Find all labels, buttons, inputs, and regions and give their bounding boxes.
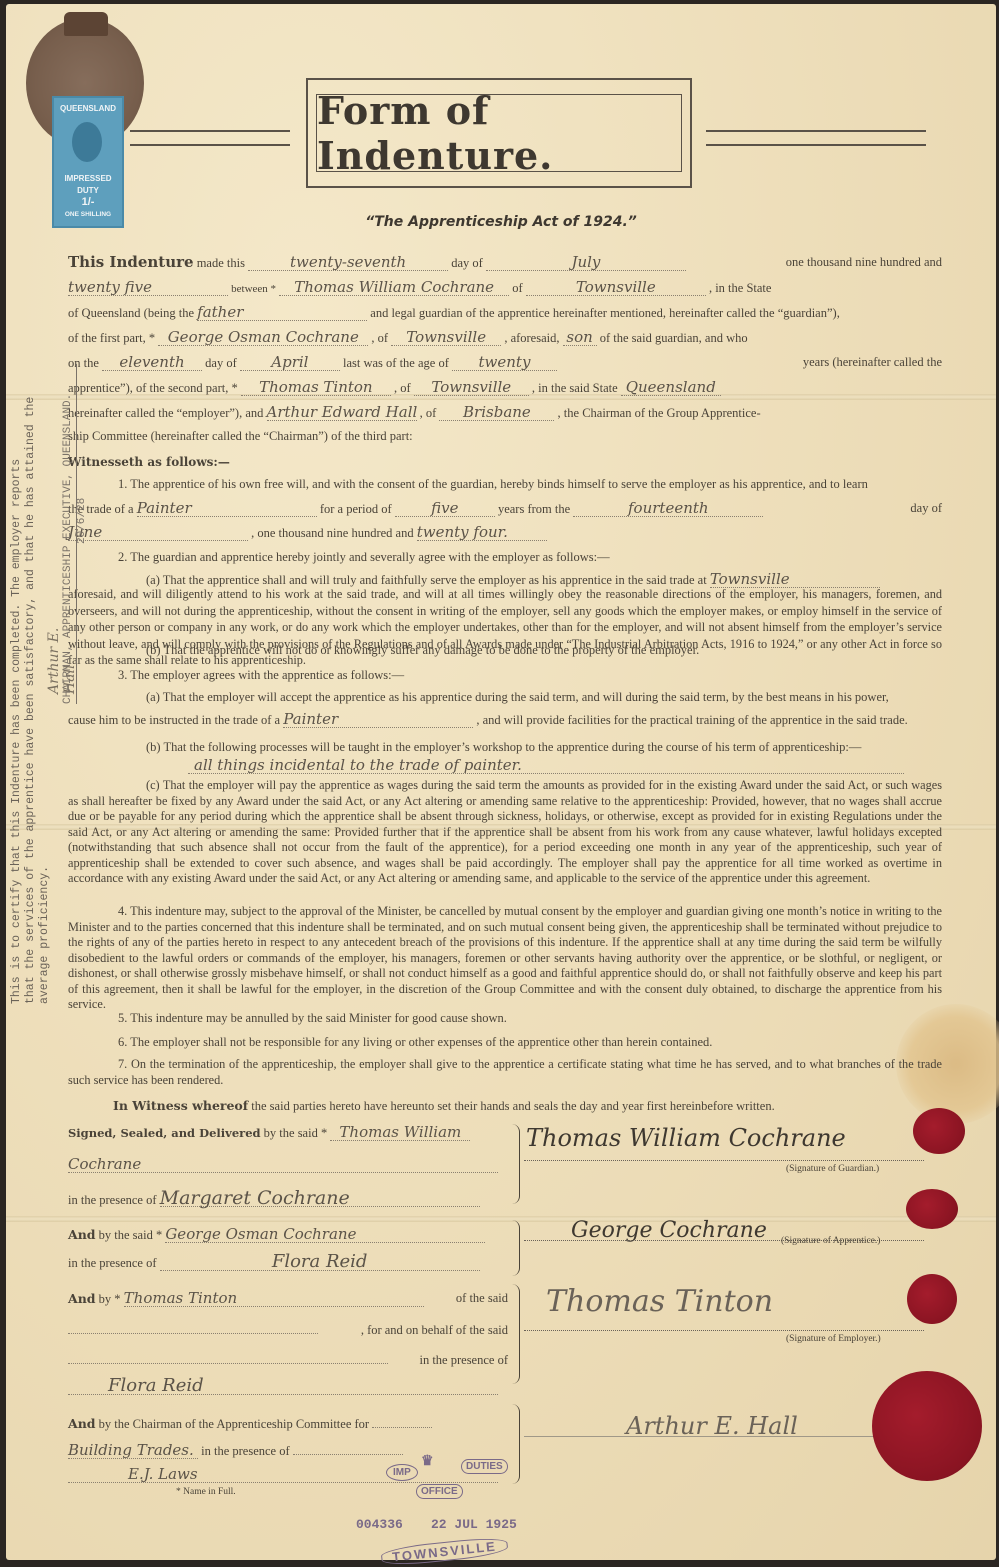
label: , of	[371, 331, 388, 345]
guardian-signature: Thomas William Cochrane	[526, 1124, 846, 1152]
imp-postmark: IMP	[386, 1464, 418, 1481]
page-title: Form of Indenture.	[317, 88, 681, 178]
label: of	[512, 281, 522, 295]
age-field: twenty	[452, 354, 557, 371]
label: apprentice”), of the second part, *	[68, 381, 238, 395]
chairman-lead-line: And by the Chairman of the Apprenticeshi…	[68, 1416, 508, 1432]
label: by *	[99, 1292, 121, 1306]
clause-1-trade-line: the trade of a Painter for a period of f…	[68, 500, 942, 517]
clause-2-intro: 2. The guardian and apprentice hereby jo…	[68, 549, 992, 565]
parties-line-3: of Queensland (being the father and lega…	[68, 304, 942, 321]
indenture-lead: This Indenture	[68, 253, 194, 271]
clause-3b-lead: (b) That the following processes will be…	[68, 739, 999, 755]
certificate-line: This is to certify that this Indenture h…	[10, 384, 24, 1004]
state-field: Queensland	[621, 379, 721, 396]
in-witness-lead: In Witness whereof	[113, 1098, 248, 1113]
chairman-name-field: Arthur Edward Hall	[267, 404, 417, 421]
signed-sealed-lead: Signed, Sealed, and Delivered	[68, 1126, 261, 1140]
signature-line	[524, 1436, 924, 1437]
chairman-place-field: Brisbane	[439, 404, 554, 421]
label: one thousand nine hundred and	[786, 254, 942, 270]
in-witness-line: In Witness whereof the said parties here…	[68, 1098, 987, 1114]
label: , the Chairman of the Group Apprentice-	[558, 406, 761, 420]
brace	[511, 1220, 520, 1276]
office-postmark: OFFICE	[416, 1484, 463, 1499]
trade-field: Painter	[137, 500, 317, 517]
label: , one thousand nine hundred and	[251, 526, 413, 540]
brace	[511, 1124, 520, 1204]
employer-signature: Thomas Tinton	[546, 1284, 773, 1319]
label: (a) That the apprentice shall and will t…	[146, 573, 707, 587]
label: , for and on behalf of the said	[361, 1322, 508, 1338]
label: of the said guardian, and who	[600, 331, 748, 345]
crown-icon: ♛	[421, 1452, 434, 1469]
start-year-field: twenty four.	[417, 524, 547, 541]
period-field: five	[395, 500, 495, 517]
wax-seal-employer	[907, 1274, 957, 1324]
label: of the first part, *	[68, 331, 155, 345]
title-ornament-line	[706, 144, 926, 146]
guardian-witness-field: Margaret Cochrane	[160, 1190, 480, 1207]
label: day of	[910, 500, 942, 516]
apprentice-place-field: Townsville	[391, 329, 501, 346]
portrait-icon	[72, 122, 102, 162]
apprentice-name-field: George Osman Cochrane	[158, 329, 368, 346]
label: in the presence of	[68, 1193, 157, 1207]
label: years from the	[498, 502, 570, 516]
date-month-field: July	[486, 254, 686, 271]
label: by the said *	[264, 1126, 328, 1140]
postmark-number: 004336	[356, 1517, 403, 1532]
label: of Queensland (being the	[68, 306, 194, 320]
label: And	[68, 1291, 96, 1306]
employer-behalf-line: , for and on behalf of the said	[68, 1322, 508, 1338]
label: And	[68, 1416, 96, 1431]
parties-line-7: hereinafter called the “employer”), and …	[68, 404, 942, 421]
label: day of	[205, 356, 237, 370]
chairman-witness-line: E.J. Laws	[68, 1466, 508, 1483]
chairman-committee-line: Building Trades. in the presence of	[68, 1442, 508, 1459]
label: in the presence of	[68, 1256, 157, 1270]
guardian-signed-line: Signed, Sealed, and Delivered by the sai…	[68, 1124, 508, 1141]
wax-seal-guardian	[913, 1108, 965, 1154]
label: , in the said State	[532, 381, 618, 395]
birth-day-field: eleventh	[102, 354, 202, 371]
brace	[511, 1284, 520, 1384]
guardian-name-line-2: Cochrane	[68, 1156, 508, 1173]
townsville-postmark: TOWNSVILLE	[380, 1535, 508, 1567]
label: of the said	[456, 1290, 508, 1306]
label: years (hereinafter called the	[803, 354, 942, 370]
label: in the presence of	[201, 1444, 290, 1458]
guardian-place-field: Townsville	[526, 279, 706, 296]
chairman-presence-field	[293, 1454, 403, 1455]
guardian-signature-label: (Signature of Guardian.)	[786, 1164, 879, 1174]
start-day-field: fourteenth	[573, 500, 763, 517]
clause-6: 6. The employer shall not be responsible…	[68, 1034, 992, 1050]
committee-field-start	[372, 1427, 432, 1428]
label: made this	[197, 256, 245, 270]
duties-postmark: DUTIES	[461, 1459, 508, 1474]
title-ornament-line	[130, 130, 290, 132]
certificate-line: that the services of the apprentice have…	[24, 384, 38, 1004]
brace	[511, 1404, 520, 1484]
indenture-document: QUEENSLAND IMPRESSED DUTY 1/- ONE SHILLI…	[6, 4, 996, 1560]
wax-seal-chairman	[872, 1371, 982, 1481]
label: , and will provide facilities for the pr…	[476, 713, 907, 727]
clause-5: 5. This indenture may be annulled by the…	[68, 1010, 992, 1026]
chairman-executive-stamp: CHAIRMAN, APPRENTICESHIP EXECUTIVE, QUEE…	[62, 364, 77, 704]
employer-witness-line: Flora Reid	[68, 1378, 508, 1395]
employer-name-field: Thomas Tinton	[124, 1290, 424, 1307]
employer-signature-label: (Signature of Employer.)	[786, 1334, 881, 1344]
start-month-field: June	[68, 524, 248, 541]
stamp-value: 1/-	[54, 196, 122, 208]
act-subtitle: “The Apprenticeship Act of 1924.”	[6, 214, 996, 230]
parties-line-5: on the eleventh day of April last was of…	[68, 354, 942, 371]
clause-7: 7. On the termination of the apprentices…	[68, 1056, 942, 1088]
stamp-country: QUEENSLAND	[54, 104, 122, 113]
signature-line	[524, 1160, 924, 1161]
postmark-date: 22 JUL 1925	[431, 1517, 517, 1532]
apprentice-name-field: George Osman Cochrane	[165, 1226, 485, 1243]
title-frame: Form of Indenture.	[306, 78, 692, 188]
label: , in the State	[709, 281, 772, 295]
wax-seal-apprentice	[906, 1189, 958, 1229]
date-year-field: twenty five	[68, 279, 228, 296]
son-field: son	[563, 329, 597, 346]
guardian-name-field: Thomas William Cochrane	[279, 279, 509, 296]
relation-field: father	[197, 304, 367, 321]
label: , of	[394, 381, 411, 395]
employer-place-field: Townsville	[414, 379, 529, 396]
label: between *	[231, 283, 276, 295]
label: And	[68, 1227, 96, 1242]
label: cause him to be instructed in the trade …	[68, 713, 280, 727]
label: day of	[451, 256, 483, 270]
certificate-line: average proficiency.	[38, 384, 52, 1004]
employer-presence-field	[68, 1363, 388, 1364]
title-ornament-line	[130, 144, 290, 146]
birth-month-field: April	[240, 354, 340, 371]
clause-2b: (b) That the apprentice will not do or k…	[68, 642, 999, 658]
employer-witness-field: Flora Reid	[68, 1378, 498, 1395]
guardian-name-field: Thomas William	[330, 1124, 470, 1141]
signature-line	[524, 1330, 924, 1331]
employer-presence-line: in the presence of	[68, 1352, 508, 1368]
apprentice-signature-label: (Signature of Apprentice.)	[781, 1236, 880, 1246]
clause-3a-trade-line: cause him to be instructed in the trade …	[68, 711, 942, 728]
clause-4: 4. This indenture may, subject to the ap…	[68, 904, 942, 1013]
parties-line-8: ship Committee (hereinafter called the “…	[68, 428, 942, 444]
fold-crease	[6, 1216, 996, 1222]
one-shilling-stamp: QUEENSLAND IMPRESSED DUTY 1/- ONE SHILLI…	[52, 96, 124, 228]
parties-line-2: twenty five between * Thomas William Coc…	[68, 279, 942, 297]
committee-field: Building Trades.	[68, 1442, 198, 1459]
label: , of	[420, 406, 437, 420]
parties-line-4: of the first part, * George Osman Cochra…	[68, 329, 942, 346]
label: hereinafter called the “employer”), and	[68, 406, 263, 420]
clause-1-date-line: June , one thousand nine hundred and twe…	[68, 524, 942, 541]
margin-certificate: This is to certify that this Indenture h…	[10, 384, 52, 1004]
label: for a period of	[320, 502, 392, 516]
apprentice-presence-line: in the presence of Flora Reid	[68, 1254, 508, 1271]
name-in-full-note: * Name in Full.	[176, 1484, 376, 1500]
title-ornament-line	[706, 130, 926, 132]
label: , aforesaid,	[504, 331, 559, 345]
date-day-field: twenty-seventh	[248, 254, 448, 271]
processes-field: all things incidental to the trade of pa…	[188, 757, 904, 774]
clause-3a-lead: (a) That the employer will accept the ap…	[68, 689, 999, 705]
parties-line-1: This Indenture made this twenty-seventh …	[68, 254, 942, 271]
instruction-trade-field: Painter	[283, 711, 473, 728]
guardian-presence-line: in the presence of Margaret Cochrane	[68, 1190, 508, 1208]
label: and legal guardian of the apprentice her…	[370, 306, 840, 320]
executive-stamp-date: 20/6/28	[76, 484, 88, 544]
stamp-impressed: IMPRESSED	[54, 174, 122, 183]
apprentice-witness-field: Flora Reid	[160, 1254, 480, 1271]
label: by the said *	[99, 1228, 163, 1242]
label: the said parties hereto have hereunto se…	[251, 1099, 774, 1113]
clause-3b-processes-line: all things incidental to the trade of pa…	[68, 757, 999, 774]
guardian-name-cont-field: Cochrane	[68, 1156, 498, 1173]
employer-name-field: Thomas Tinton	[241, 379, 391, 396]
clause-3-intro: 3. The employer agrees with the apprenti…	[68, 667, 992, 683]
parties-line-6: apprentice”), of the second part, * Thom…	[68, 379, 942, 396]
witnesseth-heading: Witnesseth as follows:—	[68, 454, 942, 470]
clause-1-text: 1. The apprentice of his own free will, …	[68, 476, 942, 492]
crown-icon	[64, 12, 108, 36]
employer-behalf-field	[68, 1333, 318, 1334]
label: in the presence of	[419, 1352, 508, 1368]
employer-signed-line: And by * Thomas Tinton of the said	[68, 1290, 508, 1307]
label: last was of the age of	[343, 356, 449, 370]
stamp-duty: DUTY	[54, 186, 122, 195]
label: by the Chairman of the Apprenticeship Co…	[99, 1417, 369, 1431]
apprentice-signed-line: And by the said * George Osman Cochrane	[68, 1226, 508, 1243]
clause-3c: (c) That the employer will pay the appre…	[68, 778, 942, 887]
